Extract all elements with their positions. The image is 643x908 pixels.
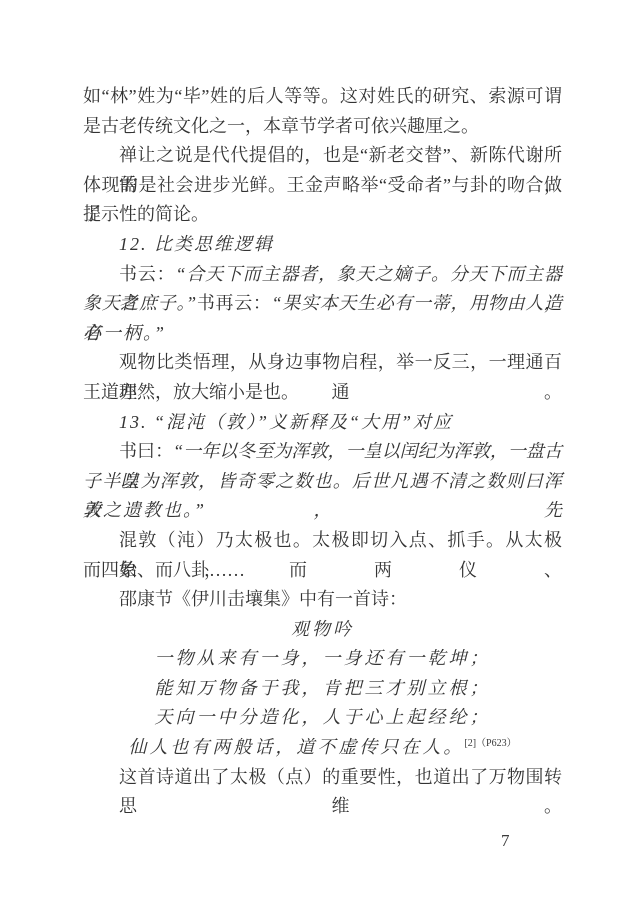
song-text-segment: 这首诗道出了太极（点）的重要性，也道出了万物围转思维。 <box>119 767 562 817</box>
kai-text-segment: 12. 比类思维逻辑 <box>119 234 274 254</box>
text-block: 如“林”姓为“毕”姓的后人等等。这对姓氏的研究、索源可谓是古老传统文化之一，本章… <box>83 82 562 792</box>
quote-line: 书曰：“一年以冬至为浑敦，一皇以闰纪为浑敦，一盘古以 <box>83 437 562 467</box>
kai-text-segment: 天之遗教也。” <box>83 500 206 520</box>
paragraph-line: 如“林”姓为“毕”姓的后人等等。这对姓氏的研究、索源可谓 <box>83 82 562 112</box>
paragraph-line: 是古老传统文化之一，本章节学者可依兴趣厘之。 <box>83 112 562 142</box>
paragraph-line: 这首诗道出了太极（点）的重要性，也道出了万物围转思维。 <box>83 763 562 793</box>
kai-text-segment: 象天之庶子。” <box>83 293 196 313</box>
poem-line: 天向一中分造化，人于心上起经纶； <box>83 703 562 733</box>
book-page: 如“林”姓为“毕”姓的后人等等。这对姓氏的研究、索源可谓是古老传统文化之一，本章… <box>0 0 643 908</box>
quote-line: 书云：“合天下而主器者，象天之嫡子。分天下而主器者， <box>83 260 562 290</box>
kai-text-segment: 一物从来有一身，一身还有一乾坤； <box>155 648 491 668</box>
poem-line: 一物从来有一身，一身还有一乾坤； <box>83 644 562 674</box>
page-number: 7 <box>501 831 510 851</box>
paragraph-line: 禅让之说是代代提倡的，也是“新老交替”、新陈代谢所需， <box>83 141 562 171</box>
paragraph-line: 邵康节《伊川击壤集》中有一首诗： <box>83 585 562 615</box>
section-heading: 12. 比类思维逻辑 <box>83 230 562 260</box>
paragraph-line: 观物比类悟理，从身边事物启程，举一反三，一理通百理通。 <box>83 348 562 378</box>
quote-line: 有一柄。” <box>83 319 562 349</box>
paragraph-line: 混敦（沌）乃太极也。太极即切入点、抓手。从太极始，而两仪、 <box>83 526 562 556</box>
kai-text-segment: 能知万物备于我，肯把三才别立根； <box>155 678 491 698</box>
song-text-segment: 王道亦然，放大缩小是也。 <box>83 382 299 402</box>
poem-title: 观物吟 <box>83 615 562 645</box>
kai-text-segment: 有一柄。” <box>83 323 166 343</box>
song-text-segment: 是古老传统文化之一，本章节学者可依兴趣厘之。 <box>83 116 479 136</box>
kai-text-segment: 13. “混沌（敦）”义新释及“大用”对应 <box>119 412 453 432</box>
song-text-segment: 邵康节《伊川击壤集》中有一首诗： <box>119 589 407 609</box>
section-heading: 13. “混沌（敦）”义新释及“大用”对应 <box>83 408 562 438</box>
poem-line: 能知万物备于我，肯把三才别立根； <box>83 674 562 704</box>
paragraph-line: 提示性的简论。 <box>83 200 562 230</box>
kai-text-segment: 仙人也有两般话，道不虚传只在人。 <box>128 737 464 757</box>
song-text-segment: 书云： <box>119 264 175 284</box>
quote-line: 子半皇为浑敦，皆奇零之数也。后世凡遇不清之数则曰浑敦，先 <box>83 467 562 497</box>
citation-reference: [2]（P623） <box>464 738 516 749</box>
song-text-segment: 书再云： <box>196 293 271 313</box>
kai-text-segment: 观物吟 <box>291 619 354 639</box>
kai-text-segment: 天向一中分造化，人于心上起经纶； <box>155 707 491 727</box>
song-text-segment: 提示性的简论。 <box>83 204 209 224</box>
paragraph-line: 体现的是社会进步光鲜。王金声略举“受命者”与卦的吻合做了 <box>83 171 562 201</box>
song-text-segment: 如“林”姓为“毕”姓的后人等等。这对姓氏的研究、索源可谓 <box>83 86 562 106</box>
quote-line: 象天之庶子。”书再云：“果实本天生必有一蒂，用物由人造必 <box>83 289 562 319</box>
song-text-segment: 而四象、而八卦…… <box>83 560 245 580</box>
song-text-segment: 书曰： <box>119 441 173 461</box>
poem-line: 仙人也有两般话，道不虚传只在人。[2]（P623） <box>83 733 562 763</box>
